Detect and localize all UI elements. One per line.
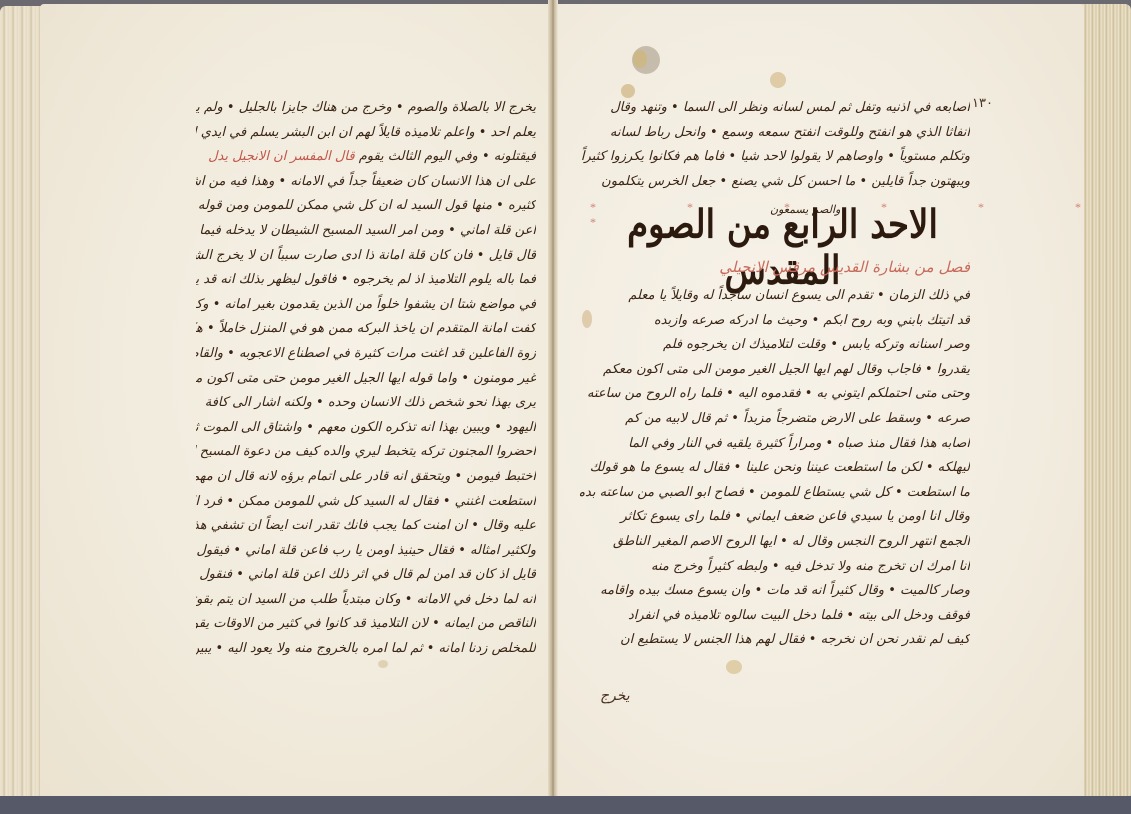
text-line: فما باله يلوم التلاميذ اذ لم يخرجوه • فا… (196, 268, 536, 293)
text-line: في مواضع شتا ان يشفوا خلواً من الذين يقد… (196, 293, 536, 318)
text-line: الناقص من ايمانه • لان التلاميذ قد كانوا… (196, 612, 536, 637)
book-gutter (548, 0, 558, 806)
text-line: كفت امانة المتقدم ان ياخذ البركه ممن هو … (196, 317, 536, 342)
text-line: وصار كالميت • وقال كثيراً انه قد مات • و… (580, 579, 970, 604)
stain (726, 660, 742, 674)
text-line: ولكثير امثاله • فقال حينيذ اومن يا رب فا… (196, 539, 536, 564)
stain (633, 50, 647, 68)
text-line: اختبط فيومن • ويتحقق انه قادر على اتمام … (196, 465, 536, 490)
text-line: قد اتيتك بابني وبه روح ابكم • وحيث ما اد… (580, 309, 970, 334)
text-line: يعلم احد • واعلم تلاميذه قايلاً لهم ان ا… (196, 121, 536, 146)
text-line: فوقف ودخل الى بيته • فلما دخل البيت سالو… (580, 604, 970, 629)
text-line: انفاثا الذي هو انفتح وللوقت انفتح سمعه و… (580, 121, 970, 146)
text-line: اصابعه في اذنيه وتفل ثم لمس لسانه ونظر ا… (580, 96, 970, 121)
text-line: على ان هذا الانسان كان ضعيفاً جداً في ال… (196, 170, 536, 195)
text-line: يخرج الا بالصلاة والصوم • وخرج من هناك ج… (196, 96, 536, 121)
text-line: احضروا المجنون تركه يتخبط ليري والده كيف… (196, 440, 536, 465)
text-line: كثيره • منها قول السيد له ان كل شي ممكن … (196, 194, 536, 219)
catchword: يخرج (600, 688, 630, 704)
text-line: استطعت اغنني • فقال له السيد كل شي للموم… (196, 490, 536, 515)
rubric-text: قال المفسر ان الانجيل يدل (208, 149, 354, 164)
text-line: اعن قلة اماني • ومن امر السيد المسيح الش… (196, 219, 536, 244)
text-line: صرعه • وسقط على الارض متضرجاً مزبداً • ث… (580, 407, 970, 432)
text-line: عليه وقال • ان امنت كما يجب فانك تقدر ان… (196, 514, 536, 539)
page-number: ١٣٠ (972, 96, 993, 111)
text-line: غير مومنون • واما قوله ايها الجيل الغير … (196, 367, 536, 392)
manuscript-spread: يخرج الا بالصلاة والصوم • وخرج من هناك ج… (0, 0, 1131, 814)
right-page-text-bottom: في ذلك الزمان • تقدم الى يسوع انسان ساجد… (580, 284, 970, 653)
text-line: قايل اذ كان قد امن لم قال في اثر ذلك اعن… (196, 563, 536, 588)
stain (770, 72, 786, 88)
text-line: فيقتلونه • وفي اليوم الثالث يقوم قال الم… (196, 145, 536, 170)
text-line: ويبهتون جداً قايلين • ما احسن كل شي يصنع… (580, 170, 970, 195)
text-line: يقدروا • فاجاب وقال لهم ايها الجيل الغير… (580, 358, 970, 383)
text-line: الجمع انتهر الروح النجس وقال له • ايها ا… (580, 530, 970, 555)
text-line: وحتى متى احتملكم ايتوني به • فقدموه اليه… (580, 382, 970, 407)
text-line: ما استطعت • كل شي يستطاع للمومن • فصاح ا… (580, 481, 970, 506)
text-line: كيف لم نقدر نحن ان نخرجه • فقال لهم هذا … (580, 628, 970, 653)
rubric-subheading: فصل من بشارة القديس مرقس الانجيلي (578, 258, 970, 276)
section-heading: الاحد الرابع من الصوم المقدس (590, 202, 975, 294)
text-line: ليهلكه • لكن ما استطعت عيننا ونحن علينا … (580, 456, 970, 481)
background-bottom (0, 796, 1131, 814)
text-line: اصابه هذا فقال منذ صباه • ومراراً كثيرة … (580, 432, 970, 457)
text-line: وقال انا اومن يا سيدي فاعن ضعف ايماني • … (580, 505, 970, 530)
right-page-stack (1080, 4, 1131, 806)
text-line: وتكلم مستوياً • واوصاهم لا يقولوا لاحد ش… (580, 145, 970, 170)
right-page-text-top: اصابعه في اذنيه وتفل ثم لمس لسانه ونظر ا… (580, 96, 970, 194)
text-line: قال قايل • فان كان قلة امانة ذا ادى صارت… (196, 244, 536, 269)
left-page-text: يخرج الا بالصلاة والصوم • وخرج من هناك ج… (196, 96, 536, 662)
text-line: وصر اسنانه وتركه يابس • وقلت لتلاميذك ان… (580, 333, 970, 358)
text-line: زوة الفاعلين قد اغنت مرات كثيرة في اصطنا… (196, 342, 536, 367)
text-line: اليهود • ويبين بهذا انه تذكره الكون معهم… (196, 416, 536, 441)
text-line: للمخلص زدنا امانه • ثم لما امره بالخروج … (196, 637, 536, 662)
text-line: انا امرك ان تخرج منه ولا تدخل فيه • ولبط… (580, 555, 970, 580)
text-line: انه لما دخل في الامانه • وكان مبتدياً طل… (196, 588, 536, 613)
text-line: في ذلك الزمان • تقدم الى يسوع انسان ساجد… (580, 284, 970, 309)
text-line: يرى بهذا نحو شخص ذلك الانسان وحده • ولكن… (196, 391, 536, 416)
